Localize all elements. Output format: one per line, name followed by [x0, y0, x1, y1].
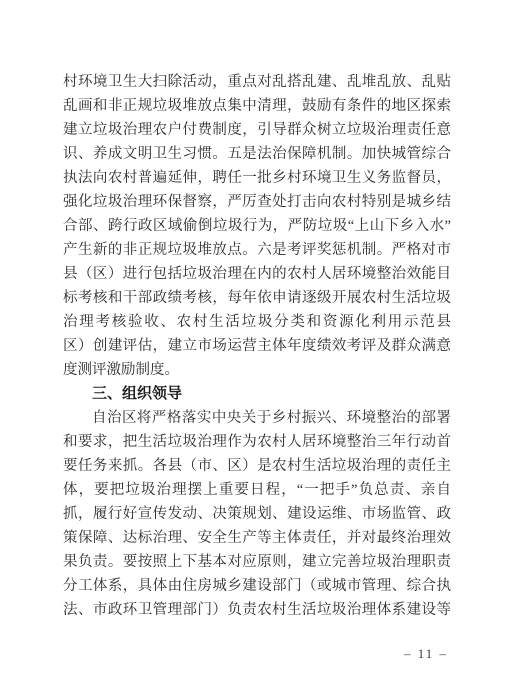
paragraph1-line: 村环境卫生大扫除活动，重点对乱搭乱建、乱堆乱放、乱贴 — [63, 70, 451, 94]
paragraph2-line: 要任务来抓。各县（市、区）是农村生活垃圾治理的责任主 — [63, 454, 451, 478]
paragraph1-line: 标考核和干部政绩考核，每年依申请逐级开展农村生活垃圾 — [63, 286, 451, 310]
paragraph1-line: 度测评激励制度。 — [63, 358, 451, 382]
paragraph1-line: 县（区）进行包括垃圾治理在内的农村人居环境整治效能目 — [63, 262, 451, 286]
paragraph1-line: 建立垃圾治理农户付费制度，引导群众树立垃圾治理责任意 — [63, 118, 451, 142]
section-heading: 三、组织领导 — [63, 382, 451, 406]
body-text: 村环境卫生大扫除活动，重点对乱搭乱建、乱堆乱放、乱贴 乱画和非正规垃圾堆放点集中… — [63, 70, 451, 622]
paragraph1-line: 产生新的非正规垃圾堆放点。六是考评奖惩机制。严格对市 — [63, 238, 451, 262]
paragraph1-line: 执法向农村普遍延伸，聘任一批乡村环境卫生义务监督员， — [63, 166, 451, 190]
paragraph2-line: 法、市政环卫管理部门）负责农村生活垃圾治理体系建设等 — [63, 598, 451, 622]
paragraph2-line: 策保障、达标治理、安全生产等主体责任，并对最终治理效 — [63, 526, 451, 550]
paragraph2-line: 自治区将严格落实中央关于乡村振兴、环境整治的部署 — [63, 406, 451, 430]
paragraph2-line: 分工体系，具体由住房城乡建设部门（或城市管理、综合执 — [63, 574, 451, 598]
paragraph1-line: 强化垃圾治理环保督察，严厉查处打击向农村特别是城乡结 — [63, 190, 451, 214]
paragraph1-line: 合部、跨行政区域偷倒垃圾行为，严防垃圾“上山下乡入水” — [63, 214, 451, 238]
paragraph1-line: 乱画和非正规垃圾堆放点集中清理，鼓励有条件的地区探索 — [63, 94, 451, 118]
paragraph1-line: 区）创建评估，建立市场运营主体年度绩效考评及群众满意 — [63, 334, 451, 358]
document-page: 村环境卫生大扫除活动，重点对乱搭乱建、乱堆乱放、乱贴 乱画和非正规垃圾堆放点集中… — [0, 0, 513, 685]
paragraph1-line: 治理考核验收、农村生活垃圾分类和资源化利用示范县（市、 — [63, 310, 451, 334]
paragraph2-line: 抓，履行好宣传发动、决策规划、建设运维、市场监管、政 — [63, 502, 451, 526]
paragraph2-line: 果负责。要按照上下基本对应原则，建立完善垃圾治理职责 — [63, 550, 451, 574]
paragraph2-line: 和要求，把生活垃圾治理作为农村人居环境整治三年行动首 — [63, 430, 451, 454]
paragraph2-line: 体，要把垃圾治理摆上重要日程，“一把手”负总责、亲自 — [63, 478, 451, 502]
paragraph1-line: 识、养成文明卫生习惯。五是法治保障机制。加快城管综合 — [63, 142, 451, 166]
page-number: – 11 – — [404, 646, 448, 662]
